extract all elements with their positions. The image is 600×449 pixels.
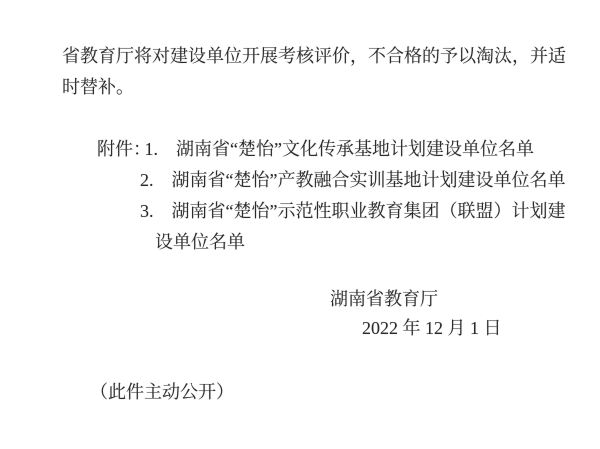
signature-issuer: 湖南省教育厅	[330, 284, 438, 315]
body-paragraph-line-2: 时替补。	[62, 72, 568, 103]
body-paragraph: 省教育厅将对建设单位开展考核评价，不合格的予以淘汰，并适 时替补。	[62, 41, 568, 103]
attachment-line-2: 2. 湖南省“楚怡”产教融合实训基地计划建设单位名单	[140, 165, 565, 196]
attachment-line-3: 3. 湖南省“楚怡”示范性职业教育集团（联盟）计划建	[140, 196, 565, 227]
attachment-item-3-text-line-2: 设单位名单	[155, 232, 245, 252]
attachment-label: 附件：	[97, 134, 140, 165]
body-paragraph-line-1: 省教育厅将对建设单位开展考核评价，不合格的予以淘汰，并适	[62, 41, 568, 72]
attachment-line-4: 设单位名单	[155, 227, 245, 258]
document-page: 省教育厅将对建设单位开展考核评价，不合格的予以淘汰，并适 时替补。 附件： 1.…	[0, 0, 600, 449]
attachment-item-3-number: 3.	[140, 196, 167, 227]
signature-date: 2022 年 12 月 1 日	[362, 313, 502, 344]
attachment-line-1: 附件： 1. 湖南省“楚怡”文化传承基地计划建设单位名单	[97, 134, 534, 165]
attachment-item-1-text: 湖南省“楚怡”文化传承基地计划建设单位名单	[176, 139, 534, 159]
attachment-item-1-number: 1.	[145, 134, 172, 165]
attachment-item-2-text: 湖南省“楚怡”产教融合实训基地计划建设单位名单	[172, 170, 566, 190]
attachment-item-3-text-line-1: 湖南省“楚怡”示范性职业教育集团（联盟）计划建	[172, 201, 566, 221]
disclosure-note: （此件主动公开）	[90, 377, 234, 408]
attachment-item-2-number: 2.	[140, 165, 167, 196]
